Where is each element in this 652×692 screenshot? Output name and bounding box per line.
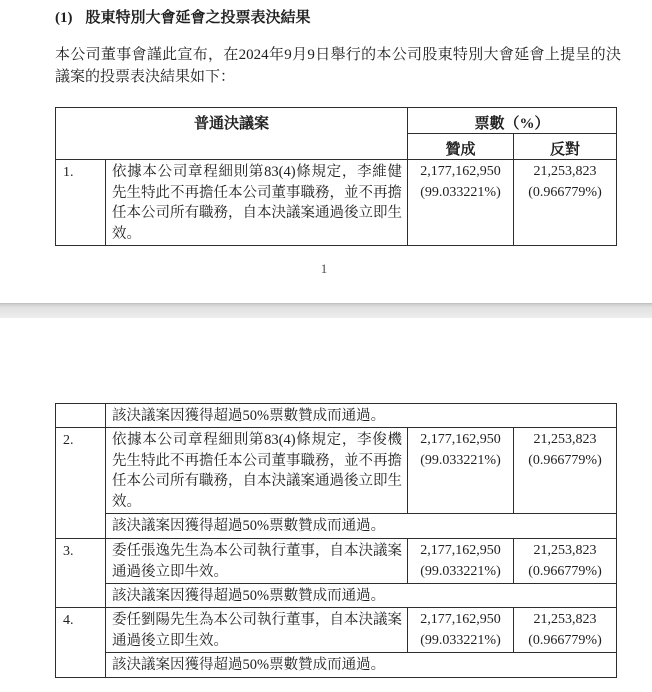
votes-for-count: 2,177,162,950 [408, 430, 513, 451]
voting-results-table-page2: 該決議案因獲得超過50%票數贊成而通過。 2. 依據本公司章程細則第83(4)條… [55, 403, 617, 678]
resolution-text-cell: 依據本公司章程細則第83(4)條規定，李俊機先生特此不再擔任本公司董事職務，並不… [106, 428, 408, 514]
heading-title: 股東特別大會延會之投票表決結果 [86, 9, 311, 27]
pdf-page-1: (1) 股東特別大會延會之投票表決結果 本公司董事會謹此宣布，在2024年9月9… [0, 0, 652, 303]
votes-against-cell: 21,253,823 (0.966779%) [514, 428, 617, 514]
intro-paragraph: 本公司董事會謹此宣布，在2024年9月9日舉行的本公司股東特別大會延會上提呈的決… [55, 45, 621, 88]
resolution-text-cell: 委任張逸先生為本公司執行董事，自本決議案通過後立即牛效。 [106, 539, 408, 584]
votes-for-cell: 2,177,162,950 (99.033221%) [408, 160, 514, 246]
table-row-note-2: 該決議案因獲得超過50%票數贊成而通過。 [56, 514, 617, 539]
page-separator [0, 303, 652, 318]
votes-for-cell: 2,177,162,950 (99.033221%) [408, 539, 514, 584]
empty-number-cell [56, 404, 106, 428]
votes-against-percent: (0.966779%) [514, 562, 616, 583]
pass-note-cell: 該決議案因獲得超過50%票數贊成而通過。 [106, 653, 617, 678]
pass-note-cell: 該決議案因獲得超過50%票數贊成而通過。 [106, 584, 617, 608]
votes-against-cell: 21,253,823 (0.966779%) [514, 160, 617, 246]
table-row-resolution-3: 3. 委任張逸先生為本公司執行董事，自本決議案通過後立即牛效。 2,177,16… [56, 539, 617, 584]
votes-against-cell: 21,253,823 (0.966779%) [514, 608, 617, 653]
votes-for-count: 2,177,162,950 [408, 610, 513, 631]
pass-note-cell: 該決議案因獲得超過50%票數贊成而通過。 [106, 514, 617, 539]
table-header-row-1: 普通決議案 票數（%） [56, 108, 617, 134]
table-row-resolution-4: 4. 委任劉陽先生為本公司執行董事，自本決議案通過後立即生效。 2,177,16… [56, 608, 617, 653]
header-votes-for: 贊成 [408, 134, 514, 160]
votes-for-count: 2,177,162,950 [408, 162, 513, 183]
votes-for-percent: (99.033221%) [408, 451, 513, 472]
table-row-resolution-1: 1. 依據本公司章程細則第83(4)條規定，李維健先生特此不再擔任本公司董事職務… [56, 160, 617, 246]
header-votes: 票數（%） [408, 108, 617, 134]
votes-against-count: 21,253,823 [514, 610, 616, 631]
votes-against-percent: (0.966779%) [514, 631, 616, 652]
votes-for-cell: 2,177,162,950 (99.033221%) [408, 428, 514, 514]
votes-against-count: 21,253,823 [514, 162, 616, 183]
votes-for-percent: (99.033221%) [408, 631, 513, 652]
votes-against-percent: (0.966779%) [514, 183, 616, 204]
votes-for-percent: (99.033221%) [408, 562, 513, 583]
document-viewer: (1) 股東特別大會延會之投票表決結果 本公司董事會謹此宣布，在2024年9月9… [0, 0, 652, 692]
section-heading: (1) 股東特別大會延會之投票表決結果 [55, 9, 311, 27]
votes-against-count: 21,253,823 [514, 430, 616, 451]
header-resolutions: 普通決議案 [56, 108, 408, 160]
resolution-number-cell: 4. [56, 608, 106, 678]
resolution-number-cell: 2. [56, 428, 106, 539]
resolution-text-cell: 依據本公司章程細則第83(4)條規定，李維健先生特此不再擔任本公司董事職務，並不… [106, 160, 408, 246]
table-row-note-1: 該決議案因獲得超過50%票數贊成而通過。 [56, 404, 617, 428]
votes-against-percent: (0.966779%) [514, 451, 616, 472]
table-row-resolution-2: 2. 依據本公司章程細則第83(4)條規定，李俊機先生特此不再擔任本公司董事職務… [56, 428, 617, 514]
table-row-note-3: 該決議案因獲得超過50%票數贊成而通過。 [56, 584, 617, 608]
resolution-number-cell: 3. [56, 539, 106, 608]
table-row-note-4: 該決議案因獲得超過50%票數贊成而通過。 [56, 653, 617, 678]
resolution-number-cell: 1. [56, 160, 106, 246]
header-votes-against: 反對 [514, 134, 617, 160]
votes-for-cell: 2,177,162,950 (99.033221%) [408, 608, 514, 653]
votes-for-count: 2,177,162,950 [408, 541, 513, 562]
votes-against-cell: 21,253,823 (0.966779%) [514, 539, 617, 584]
heading-number: (1) [55, 9, 73, 27]
voting-results-table-page1: 普通決議案 票數（%） 贊成 反對 1. 依據本公司章程細則第83(4)條規定，… [55, 107, 617, 246]
pass-note-cell: 該決議案因獲得超過50%票數贊成而通過。 [106, 404, 617, 428]
votes-against-count: 21,253,823 [514, 541, 616, 562]
page-number: 1 [0, 261, 648, 277]
pdf-page-2: 該決議案因獲得超過50%票數贊成而通過。 2. 依據本公司章程細則第83(4)條… [0, 318, 652, 692]
votes-for-percent: (99.033221%) [408, 183, 513, 204]
resolution-text-cell: 委任劉陽先生為本公司執行董事，自本決議案通過後立即生效。 [106, 608, 408, 653]
